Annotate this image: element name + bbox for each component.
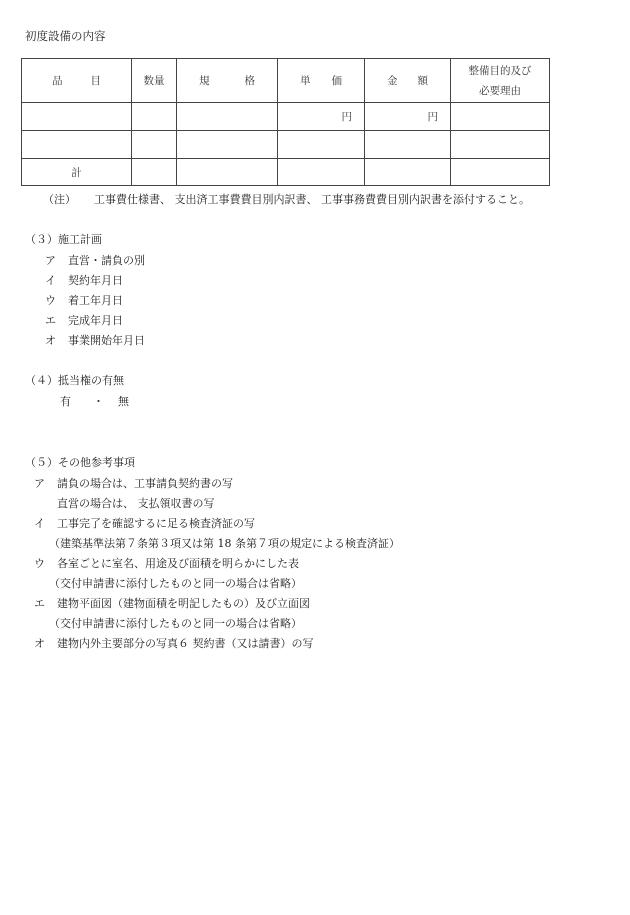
section5-line: オ建物内外主要部分の写真６ 契約書（又は請書）の写 [34,637,314,651]
item-marker: オ [45,334,56,347]
item-text: 完成年月日 [68,314,123,327]
cell-spec[interactable] [177,103,278,131]
cell-quantity[interactable] [132,103,177,131]
cell-item[interactable] [22,103,132,131]
header-purpose-line2: 必要理由 [451,81,549,101]
header-item-char: 品 [52,73,63,88]
cell-item[interactable] [22,131,132,159]
item-text: 建物内外主要部分の写真６ 契約書（又は請書）の写 [57,637,314,650]
item-text: 建物平面図（建物面積を明記したもの）及び立面図 [57,597,310,610]
item-marker: ア [34,477,45,490]
item-text: 請負の場合は、工事請負契約書の写 [57,477,233,490]
item-marker: ウ [45,294,56,307]
header-amount: 金額 [365,59,451,103]
item-marker: オ [34,637,45,650]
table-row: 円 円 [22,103,550,131]
choice-yes[interactable]: 有 [60,395,71,408]
cell-purpose[interactable] [451,159,550,186]
section5-line: 直営の場合は、 支払領収書の写 [57,497,215,511]
section5-line: ア請負の場合は、工事請負契約書の写 [34,477,233,491]
mortgage-choice: 有・無 [60,395,129,409]
item-marker: ア [45,254,56,267]
cell-unit-price[interactable]: 円 [278,103,365,131]
cell-quantity[interactable] [132,159,177,186]
item-text: 契約年月日 [68,274,123,287]
section-title: 初度設備の内容 [25,29,106,43]
section3-title: （３）施工計画 [25,233,102,247]
cell-purpose[interactable] [451,103,550,131]
section5-line: （交付申請書に添付したものと同一の場合は省略） [49,577,302,591]
header-spec: 規格 [177,59,278,103]
cell-unit-price[interactable] [278,131,365,159]
header-unit-price: 単価 [278,59,365,103]
section5-line: （交付申請書に添付したものと同一の場合は省略） [49,617,302,631]
section3-item: オ事業開始年月日 [45,334,145,348]
section3-item: ウ着工年月日 [45,294,123,308]
choice-no[interactable]: 無 [118,395,129,408]
header-amount-char: 金 [387,73,398,88]
header-unit-price-char: 単 [300,73,311,88]
section5-line: ウ各室ごとに室名、用途及び面積を明らかにした表 [34,557,299,571]
item-text: 直営・請負の別 [68,254,145,267]
cell-amount[interactable] [365,159,451,186]
cell-spec[interactable] [177,159,278,186]
section3-item: ア直営・請負の別 [45,254,145,268]
equipment-table: 品目 数量 規格 単価 金額 整備目的及び 必要理由 円 円 計 [21,58,550,186]
header-purpose: 整備目的及び 必要理由 [451,59,550,103]
section3-item: エ完成年月日 [45,314,123,328]
section5-line: （建築基準法第７条第３項又は第 18 条第７項の規定による検査済証） [49,537,400,551]
header-purpose-line1: 整備目的及び [451,61,549,81]
table-row [22,131,550,159]
item-marker: ウ [34,557,45,570]
cell-amount[interactable]: 円 [365,103,451,131]
section3-item: イ契約年月日 [45,274,123,288]
item-text: 工事完了を確認するに足る検査済証の写 [57,517,255,530]
cell-quantity[interactable] [132,131,177,159]
item-marker: イ [34,517,45,530]
note: （注）工事費仕様書、 支出済工事費費目別内訳書、 工事事務費費目別内訳書を添付す… [43,193,530,207]
section5-line: イ工事完了を確認するに足る検査済証の写 [34,517,255,531]
item-marker: エ [45,314,56,327]
table-total-row: 計 [22,159,550,186]
cell-amount[interactable] [365,131,451,159]
cell-purpose[interactable] [451,131,550,159]
header-unit-price-char: 価 [332,73,343,88]
cell-unit-price[interactable] [278,159,365,186]
item-text: 着工年月日 [68,294,123,307]
header-spec-char: 格 [245,73,256,88]
item-marker: エ [34,597,45,610]
section5-line: エ建物平面図（建物面積を明記したもの）及び立面図 [34,597,310,611]
note-label: （注） [43,193,76,206]
cell-spec[interactable] [177,131,278,159]
cell-total-label: 計 [22,159,132,186]
header-amount-char: 額 [418,73,429,88]
header-item: 品目 [22,59,132,103]
table-header-row: 品目 数量 規格 単価 金額 整備目的及び 必要理由 [22,59,550,103]
item-text: 各室ごとに室名、用途及び面積を明らかにした表 [57,557,299,570]
section5-title: （５）その他参考事項 [25,456,135,470]
item-text: 事業開始年月日 [68,334,145,347]
item-marker: イ [45,274,56,287]
header-item-char: 目 [91,73,102,88]
header-spec-char: 規 [199,73,210,88]
choice-separator: ・ [93,395,104,408]
header-quantity: 数量 [132,59,177,103]
section4-title: （４）抵当権の有無 [25,374,124,388]
note-text: 工事費仕様書、 支出済工事費費目別内訳書、 工事事務費費目別内訳書を添付すること… [94,193,530,206]
